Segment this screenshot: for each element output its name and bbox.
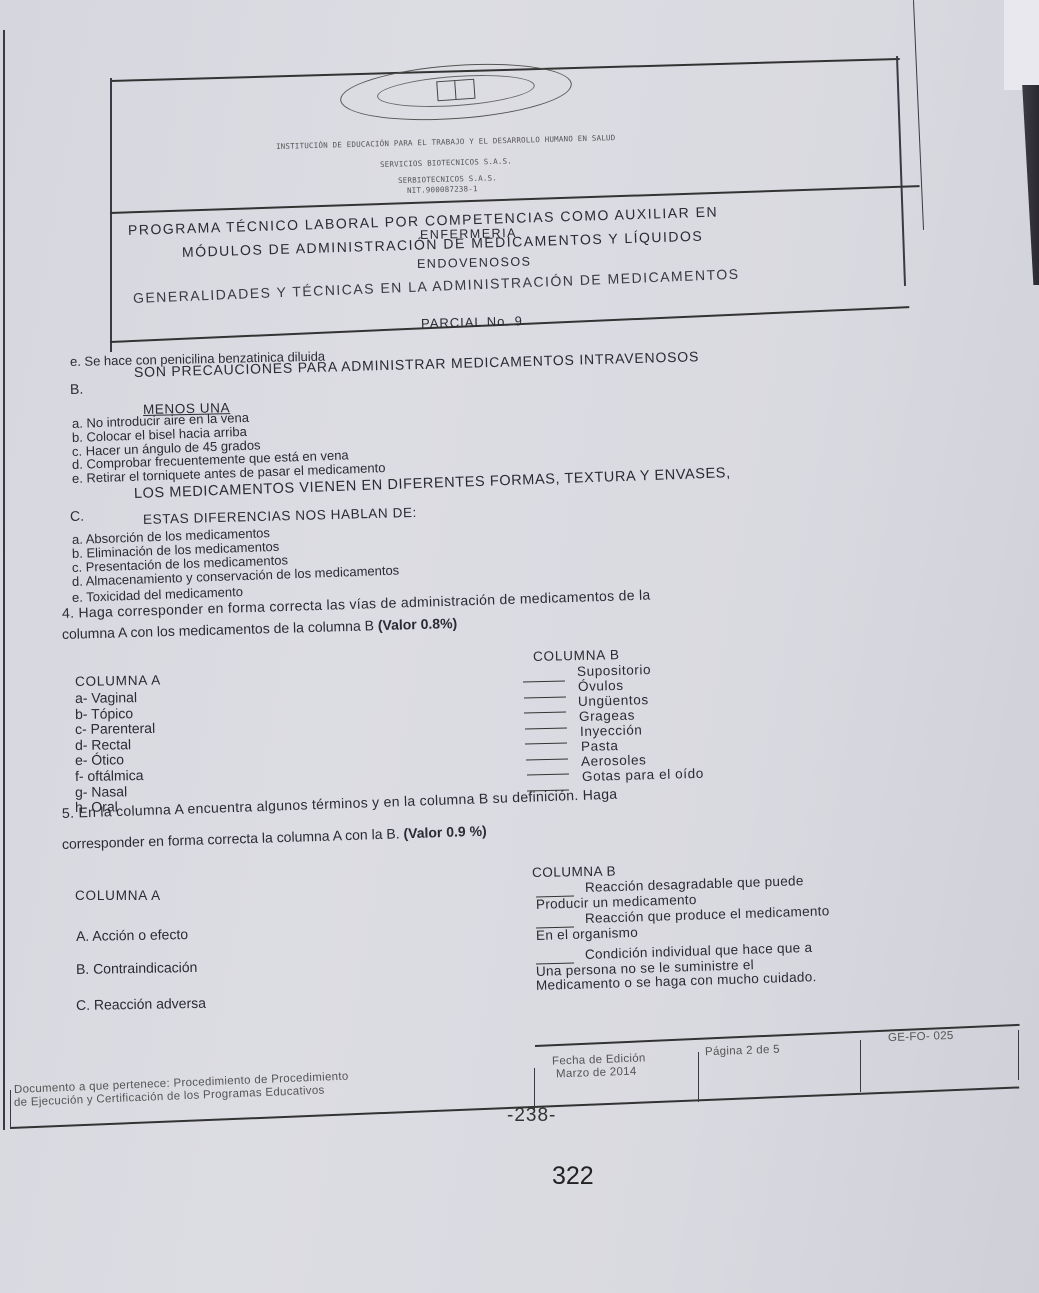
question-4-column-b-title: COLUMNA B	[533, 647, 620, 664]
question-4-value: (Valor 0.8%)	[378, 615, 458, 633]
module-title-2: ENDOVENOSOS	[417, 255, 532, 271]
question-c-label: C.	[70, 508, 84, 524]
question-4-route-item: g- Nasal	[75, 783, 127, 800]
question-4-medication-item: Grageas	[579, 708, 635, 724]
question-4-route-item: e- Ótico	[75, 752, 124, 769]
question-4-route-item: c- Parenteral	[75, 720, 155, 737]
company-nit: NIT.900087238-1	[407, 184, 478, 195]
question-5-column-b-title: COLUMNA B	[532, 864, 616, 880]
question-4-route-item: b- Tópico	[75, 705, 133, 722]
footer-right-border	[1018, 1030, 1019, 1080]
question-5-term-a: A. Acción o efecto	[76, 926, 188, 944]
background-edge	[1004, 0, 1039, 90]
question-5-term-c: C. Reacción adversa	[76, 995, 206, 1013]
question-4-route-item: a- Vaginal	[75, 689, 137, 706]
question-4-route-item: f- oftálmica	[75, 767, 144, 784]
question-4-medication-item: Pasta	[580, 738, 618, 754]
footer-divider-1	[534, 1068, 535, 1110]
question-4-medication-item: Aerosoles	[581, 752, 647, 769]
page-left-edge	[3, 30, 5, 1130]
question-b-label: B.	[70, 381, 84, 397]
footer-divider-3	[860, 1040, 861, 1092]
handwritten-page-number: 322	[552, 1162, 594, 1191]
footer-code: GE-FO- 025	[888, 1030, 954, 1044]
question-4-medication-item: Gotas para el oído	[582, 766, 704, 784]
footer-divider-2	[698, 1052, 699, 1102]
question-4-medication-item: Ungüentos	[578, 692, 649, 709]
question-4-medication-item: Inyección	[580, 722, 643, 739]
question-5-definition-cont: En el organismo	[536, 925, 638, 943]
exam-title: PARCIAL No. 9	[421, 313, 523, 331]
question-4-medication-item: Óvulos	[577, 678, 623, 694]
header-left-border	[110, 78, 112, 352]
question-5-term-b: B. Contraindicación	[76, 959, 198, 977]
question-4-medication-item: Supositorio	[577, 662, 652, 679]
footer-left-border	[10, 1090, 11, 1128]
printed-page-number: -238-	[507, 1105, 556, 1127]
question-5-value: (Valor 0.9 %)	[403, 823, 487, 842]
question-4-column-a-title: COLUMNA A	[75, 673, 161, 689]
question-5-column-a-title: COLUMNA A	[75, 888, 161, 903]
question-4-route-item: d- Rectal	[75, 736, 131, 753]
